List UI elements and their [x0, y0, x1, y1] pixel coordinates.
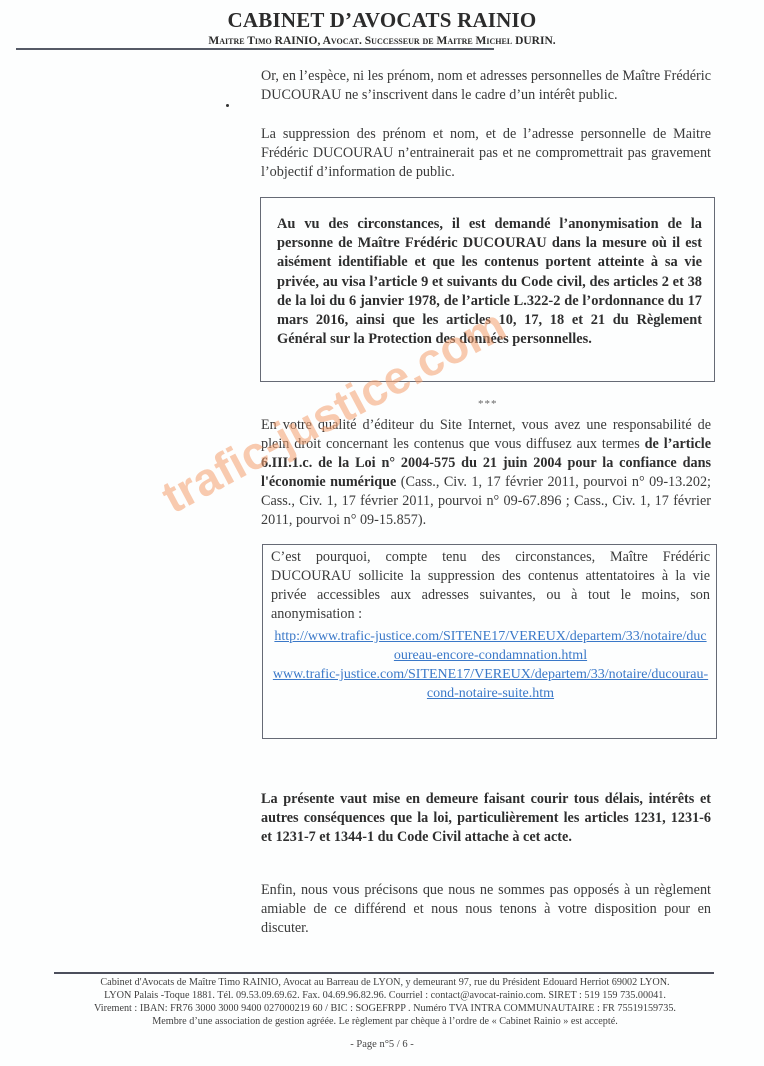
formal-notice-text: La présente vaut mise en demeure faisant… — [261, 790, 711, 847]
footer-line-membership: Membre d’une association de gestion agré… — [40, 1015, 730, 1028]
letterhead-subtitle: Maitre Timo RAINIO, Avocat. Successeur d… — [0, 33, 764, 49]
footer-line-contact: LYON Palais -Toque 1881. Tél. 09.53.09.6… — [40, 989, 730, 1002]
footer-divider — [54, 972, 714, 974]
footer: Cabinet d'Avocats de Maître Timo RAINIO,… — [40, 976, 730, 1028]
paragraph-text: Or, en l’espèce, ni les prénom, nom et a… — [261, 67, 711, 105]
letterhead: CABINET D’AVOCATS RAINIO Maitre Timo RAI… — [0, 8, 764, 49]
link-list: http://www.trafic-justice.com/SITENE17/V… — [271, 627, 710, 703]
content-link-2[interactable]: www.trafic-justice.com/SITENE17/VEREUX/d… — [271, 665, 710, 703]
margin-dot — [226, 104, 229, 107]
removal-intro: C’est pourquoi, compte tenu des circonst… — [271, 548, 710, 624]
liability-intro: En votre qualité d’éditeur du Site Inter… — [261, 417, 711, 452]
closing-text: Enfin, nous vous précisons que nous ne s… — [261, 881, 711, 938]
removal-links-box: C’est pourquoi, compte tenu des circonst… — [262, 544, 717, 739]
page-number: - Page n°5 / 6 - — [0, 1039, 764, 1050]
paragraph-public-interest: Or, en l’espèce, ni les prénom, nom et a… — [261, 67, 711, 105]
footer-line-address: Cabinet d'Avocats de Maître Timo RAINIO,… — [40, 976, 730, 989]
closing-paragraph: Enfin, nous vous précisons que nous ne s… — [261, 881, 711, 938]
paragraph-publisher-liability: En votre qualité d’éditeur du Site Inter… — [261, 416, 711, 530]
paragraph-suppression: La suppression des prénom et nom, et de … — [261, 125, 711, 182]
header-divider — [16, 48, 494, 50]
firm-name: CABINET D’AVOCATS RAINIO — [0, 8, 764, 32]
content-link-1[interactable]: http://www.trafic-justice.com/SITENE17/V… — [271, 627, 710, 665]
formal-notice: La présente vaut mise en demeure faisant… — [261, 790, 711, 847]
request-text: Au vu des circonstances, il est demandé … — [277, 215, 702, 349]
section-separator: *** — [478, 398, 498, 410]
footer-line-bank: Virement : IBAN: FR76 3000 3000 9400 027… — [40, 1002, 730, 1015]
paragraph-text: La suppression des prénom et nom, et de … — [261, 125, 711, 182]
anonymisation-request-box: Au vu des circonstances, il est demandé … — [260, 197, 715, 382]
